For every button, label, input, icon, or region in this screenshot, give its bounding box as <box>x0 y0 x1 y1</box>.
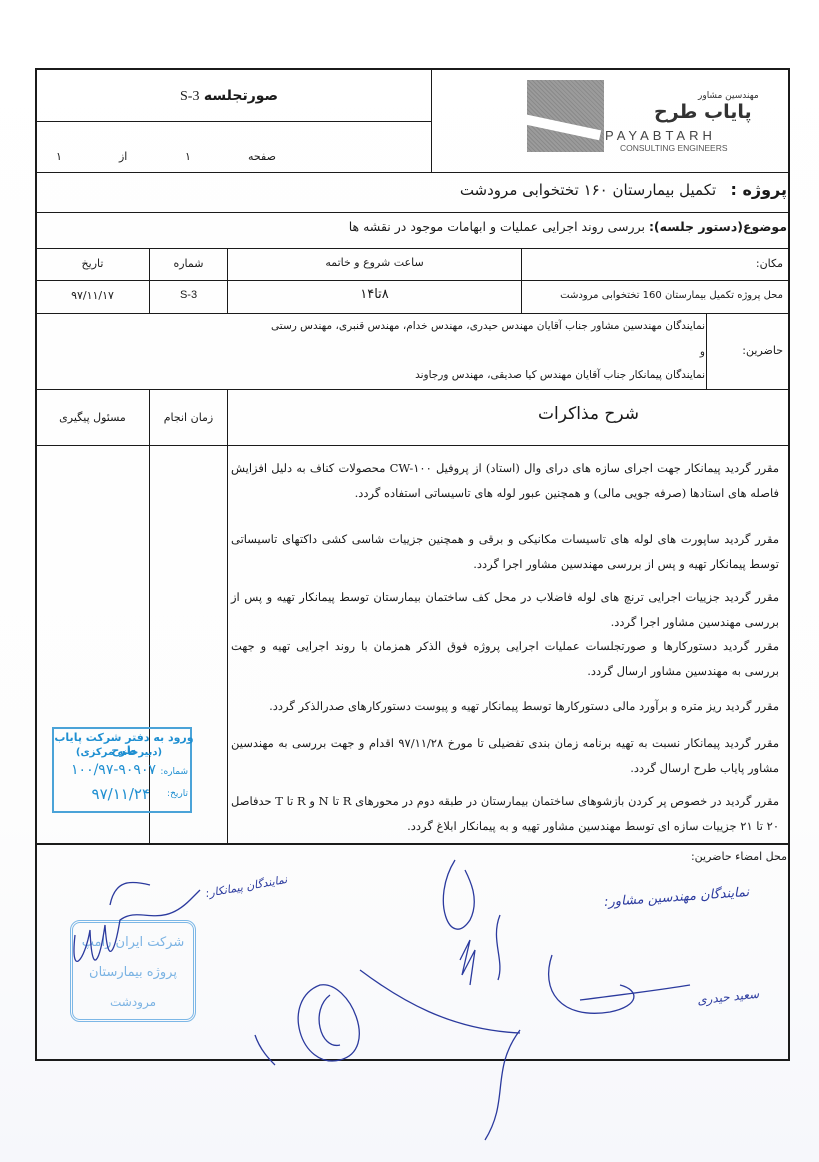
page-of-label: از <box>119 150 127 163</box>
entry-stamp: ورود به دفتر شرکت پایاب طرح (دبیرخانه مر… <box>52 727 192 813</box>
page-label: صفحه <box>248 150 276 163</box>
attendees-conjunction: و <box>700 346 705 358</box>
minutes-item: مقرر گردید ساپورت های لوله های تاسیسات م… <box>231 527 779 577</box>
company-logo-icon <box>527 80 604 152</box>
doc-title-label: صورتجلسه <box>204 88 278 104</box>
page-total: ۱ <box>56 150 62 163</box>
subject-row: موضوع(دستور جلسه): بررسی روند اجرایی عمل… <box>349 219 787 234</box>
doc-code: S-3 <box>180 89 199 104</box>
company-name-en: PAYABTARH <box>605 128 716 143</box>
signatures-label: محل امضاء حاضرین: <box>691 850 787 863</box>
minutes-item: مقرر گردید جزییات اجرایی ترنچ های لوله ف… <box>231 585 779 635</box>
minutes-item: مقرر گردید پیمانکار جهت اجرای سازه های د… <box>231 456 779 506</box>
date-value: ۹۷/۱۱/۱۷ <box>36 289 149 302</box>
minutes-responsible-header: مسئول پیگیری <box>36 411 149 424</box>
col-divider <box>706 313 707 389</box>
row-divider <box>36 313 789 314</box>
page-current: ۱ <box>185 150 191 163</box>
attendees-consultant: نمایندگان مهندسین مشاور جناب آقایان مهند… <box>271 320 705 332</box>
minutes-item: مقرر گردید در خصوص پر کردن بازشوهای ساخت… <box>231 789 779 839</box>
subject-value: بررسی روند اجرایی عملیات و ابهامات موجود… <box>349 219 645 234</box>
number-header: شماره <box>150 257 227 270</box>
entry-stamp-line2: (دبیرخانه مرکزی) <box>64 747 174 758</box>
attendees-label: حاضرین: <box>742 344 783 357</box>
subject-label: موضوع(دستور جلسه): <box>649 219 787 234</box>
company-stamp-line1: شرکت ایران رامپ <box>73 935 193 950</box>
company-subtitle: مهندسین مشاور <box>698 91 759 101</box>
minutes-item: مقرر گردید دستورکارها و صورتجلسات عملیات… <box>231 634 779 684</box>
project-label: پروژه : <box>730 180 787 199</box>
row-divider <box>36 280 789 281</box>
location-value: محل پروژه تکمیل بیمارستان 160 تختخوابی م… <box>560 290 783 301</box>
entry-stamp-date-label: تاریخ: <box>167 789 188 799</box>
col-divider <box>227 389 228 844</box>
number-value: S-3 <box>150 289 227 301</box>
minutes-item: مقرر گردید پیمانکار نسبت به تهیه برنامه … <box>231 731 779 781</box>
location-header: مکان: <box>756 257 783 270</box>
doc-title: صورتجلسه S-3 <box>180 88 278 105</box>
attendees-contractor: نمایندگان پیمانکار جناب آقایان مهندس کیا… <box>415 369 705 381</box>
company-stamp-line3: مرودشت <box>73 995 193 1009</box>
project-row: پروژه : تکمیل بیمارستان ۱۶۰ تختخوابی مرو… <box>460 180 787 199</box>
company-tagline: CONSULTING ENGINEERS <box>620 143 728 153</box>
header-divider <box>431 69 432 172</box>
row-divider <box>36 212 789 213</box>
header-title-divider <box>36 121 431 122</box>
minutes-description-header: شرح مذاکرات <box>538 404 639 424</box>
entry-stamp-number: ۱۰۰/۹۷-۹۰۹۰۷ <box>71 762 156 778</box>
header-bottom-line <box>36 172 789 173</box>
company-stamp: شرکت ایران رامپ پروژه بیمارستان مرودشت <box>70 920 196 1022</box>
minutes-item: مقرر گردید ریز متره و برآورد مالی دستورک… <box>231 694 779 719</box>
time-header: ساعت شروع و خاتمه <box>228 256 521 269</box>
company-name-fa: پایاب طرح <box>654 101 752 123</box>
entry-stamp-date: ۹۷/۱۱/۲۴ <box>92 785 150 803</box>
minutes-deadline-header: زمان انجام <box>150 411 227 424</box>
entry-stamp-number-label: شماره: <box>160 767 188 777</box>
time-value: ۸تا۱۴ <box>228 287 521 302</box>
date-header: تاریخ <box>36 257 149 270</box>
row-divider <box>36 445 789 446</box>
project-value: تکمیل بیمارستان ۱۶۰ تختخوابی مرودشت <box>460 181 716 199</box>
company-stamp-line2: پروژه بیمارستان <box>73 965 193 980</box>
